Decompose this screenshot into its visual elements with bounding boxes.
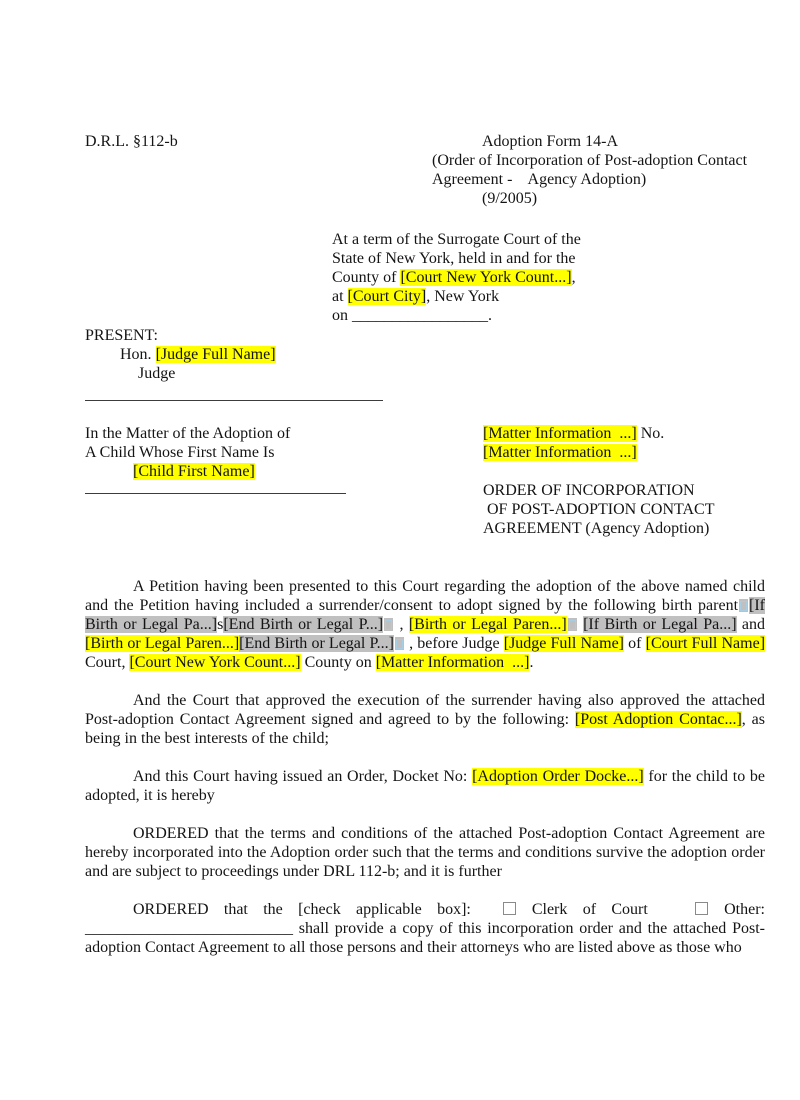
field-judge-full-name[interactable]: [Judge Full Name] [504,635,624,652]
judge-title: Judge [85,364,276,383]
matter-caption-right: [Matter Information ...] No. [Matter Inf… [483,424,783,538]
text-run: , New York [426,288,499,305]
matter-caption-left: In the Matter of the Adoption of A Child… [85,424,395,481]
court-term-date-line: on _________________. [332,306,612,325]
text-run: ORDERED that the [check applicable box]: [133,901,502,918]
text-run: State of New York, held in and for the [332,250,576,267]
paragraph-ordered-checkbox: ORDERED that the [check applicable box]:… [85,900,765,957]
form-title-block: Adoption Form 14-A (Order of Incorporati… [432,132,772,208]
text-run: ORDERED that the terms and conditions of… [85,825,765,880]
field-court-city[interactable]: [Court City] [348,288,427,305]
field-child-first-name[interactable]: [Child First Name] [133,463,255,480]
text-run: , [394,616,409,633]
field-court-new-york-county[interactable]: [Court New York Count...] [400,269,571,286]
text-run: A Petition having been presented to this… [85,578,765,614]
form-title-line: (Order of Incorporation of Post-adoption… [432,151,772,170]
field-adoption-order-docket[interactable]: [Adoption Order Docke...] [472,768,644,785]
text-run: County on [301,654,376,671]
court-term-block: At a term of the Surrogate Court of the … [332,230,612,325]
court-term-line: County of [Court New York Count...], [332,268,612,287]
paragraph-ordered-terms: ORDERED that the terms and conditions of… [85,824,765,881]
text-run: . [529,654,533,671]
text-run: No. [637,425,665,442]
document-page: D.R.L. §112-b Adoption Form 14-A (Order … [0,0,800,1100]
form-version: (9/2005) [432,189,772,208]
caption-rule [85,493,346,494]
text-run: And this Court having issued an Order, D… [133,768,472,785]
field-matter-information[interactable]: [Matter Information ...] [376,654,530,671]
field-birth-or-legal-parent[interactable]: [Birth or Legal Paren...] [85,635,239,652]
field-birth-or-legal-parent[interactable]: [Birth or Legal Paren...] [409,616,567,633]
form-title-line: Adoption Form 14-A [432,132,772,151]
court-term-line: At a term of the Surrogate Court of the [332,230,612,249]
order-title-line: ORDER OF INCORPORATION [483,481,783,500]
conditional-marker-icon [395,637,404,650]
field-judge-full-name[interactable]: [Judge Full Name] [156,346,276,363]
checkbox-other[interactable] [695,902,708,915]
conditional-marker-icon [739,599,748,612]
conditional-marker-icon [384,618,393,631]
field-post-adoption-contact[interactable]: [Post Adoption Contac...] [575,711,742,728]
text-run: Hon. [120,346,156,363]
conditional-end-birth-or-legal-parent[interactable]: [End Birth or Legal P...] [239,635,394,652]
conditional-end-birth-or-legal-parent[interactable]: [End Birth or Legal P...] [223,616,383,633]
text-run: , [572,269,576,286]
court-term-line: State of New York, held in and for the [332,249,612,268]
matter-number-line: [Matter Information ...] [483,443,783,462]
text-run: at [332,288,348,305]
paragraph-court-approval: And the Court that approved the executio… [85,691,765,748]
matter-caption-line: In the Matter of the Adoption of [85,424,395,443]
statute-reference: D.R.L. §112-b [85,132,178,151]
conditional-if-birth-or-legal-parent[interactable]: [If Birth or Legal Pa...] [583,616,736,633]
order-title-line: OF POST-ADOPTION CONTACT [483,500,783,519]
text-run: County of [332,269,400,286]
text-run: of [624,635,646,652]
judge-honorific-line: Hon. [Judge Full Name] [85,345,276,364]
field-matter-information[interactable]: [Matter Information ...] [483,444,637,461]
paragraph-order-docket: And this Court having issued an Order, D… [85,767,765,805]
order-title-line: AGREEMENT (Agency Adoption) [483,519,783,538]
matter-caption-line: A Child Whose First Name Is [85,443,395,462]
present-label: PRESENT: [85,326,276,345]
text-run: on _________________. [332,307,492,324]
field-court-full-name[interactable]: [Court Full Name] [646,635,765,652]
matter-number-line: [Matter Information ...] No. [483,424,783,443]
paragraph-petition: A Petition having been presented to this… [85,577,765,672]
conditional-marker-icon [568,618,577,631]
form-title-line: Agreement - Agency Adoption) [432,170,772,189]
checkbox-clerk-of-court[interactable] [503,902,516,915]
text-run: and [737,616,765,633]
court-term-line: at [Court City], New York [332,287,612,306]
text-run: At a term of the Surrogate Court of the [332,231,581,248]
field-court-new-york-county[interactable]: [Court New York Count...] [129,654,300,671]
text-run: Clerk of Court [517,901,694,918]
text-run: , before Judge [405,635,504,652]
child-name-line: [Child First Name] [85,462,395,481]
document-body: A Petition having been presented to this… [85,577,765,957]
present-block: PRESENT: Hon. [Judge Full Name] Judge [85,326,276,383]
field-matter-information[interactable]: [Matter Information ...] [483,425,637,442]
spacer [483,462,783,481]
signature-rule [85,400,383,401]
text-run: Court, [85,654,129,671]
